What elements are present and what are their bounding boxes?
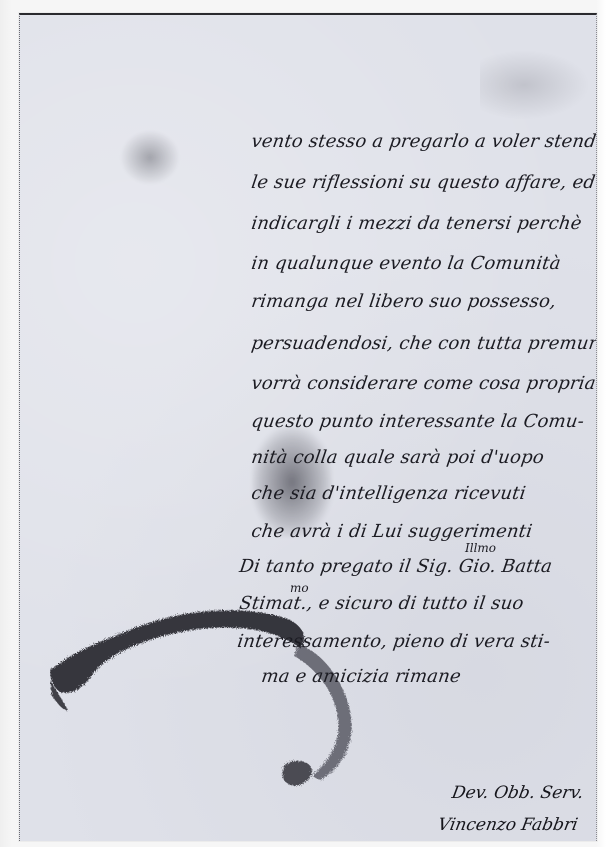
closing-salutation: Dev. Obb. Serv. bbox=[450, 783, 585, 803]
ink-stain-top-right bbox=[480, 50, 590, 120]
letter-line: questo punto interessante la Comu- bbox=[250, 411, 586, 432]
letter-line: interessamento, pieno di vera sti- bbox=[236, 631, 552, 652]
letter-page: vento stesso a pregarlo a voler stendere… bbox=[19, 13, 597, 841]
letter-line: che sia d'intelligenza ricevuti bbox=[250, 483, 527, 504]
letter-line: indicargli i mezzi da tenersi perchè bbox=[250, 213, 583, 234]
letter-line: le sue riflessioni su questo affare, ed bbox=[250, 172, 597, 193]
ink-stain-left bbox=[120, 130, 180, 185]
superscript-illmo: Illmo bbox=[465, 541, 496, 555]
letter-line: in qualunque evento la Comunità bbox=[250, 253, 562, 274]
letter-line: ma e amicizia rimane bbox=[260, 666, 462, 687]
letter-line: Stimat., e sicuro di tutto il suo bbox=[238, 593, 525, 614]
letter-line: rimanga nel libero suo possesso, bbox=[250, 291, 558, 312]
letter-line: che avrà i di Lui suggerimenti bbox=[250, 521, 534, 542]
water-stain-arc bbox=[50, 600, 410, 800]
signature-name: Vincenzo Fabbri bbox=[436, 815, 579, 835]
letter-line: Di tanto pregato il Sig. Gio. Batta bbox=[238, 556, 554, 577]
letter-line: nità colla quale sarà poi d'uopo bbox=[250, 447, 545, 468]
letter-line: vento stesso a pregarlo a voler stendere bbox=[250, 131, 597, 152]
letter-line: vorrà considerare come cosa propria bbox=[250, 373, 597, 394]
letter-line: persuadendosi, che con tutta premura bbox=[250, 333, 597, 354]
